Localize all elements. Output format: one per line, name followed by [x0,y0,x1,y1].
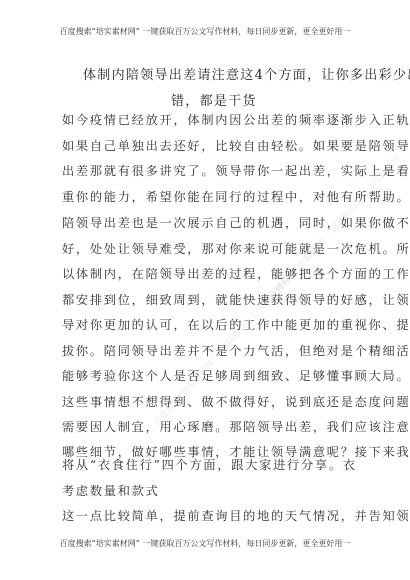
body-line: 好，处处让领导难受，那对你来说可能就是一次危机。所 [62,242,352,256]
document-title-line-2: 错，都是干货 [171,90,410,109]
footer-banner: 百度搜索“培实素材网” 一键获取百万公文写作材料，每日同步更新，更全更好用一 [0,538,410,549]
body-line: 导对你更加的认可，在以后的工作中能更加的重视你、提 [62,318,352,332]
body-line: 出差那就有很多讲究了。领导带你一起出差，实际上是看 [62,164,352,178]
body-line: 需要因人制宜，用心琢磨。那陪领导出差，我们应该注意 [62,420,352,434]
body-line: 能够考验你这个人是否足够周到细致、足够懂事顾大局。 [62,369,352,383]
body-line: 如果自己单独出去还好，比较自由轻松。如果要是陪领导 [62,139,352,153]
body-line: 以体制内，在陪领导出差的过程，能够把各个方面的工作 [62,267,352,281]
header-banner: 百度搜索“培实素材网” 一键获取百万公文写作材料，每日同步更新，更全更好用一 [0,26,410,37]
body-line: 将从“衣食住行”四个方面，跟大家进行分享。衣 [62,458,352,472]
body-line: 拔你。陪同领导出差并不是个力气活，但绝对是个精细活 [62,344,352,358]
body-line: 重你的能力，希望你能在同行的过程中，对他有所帮助。 [62,190,352,204]
body-line: 都安排到位，细致周到，就能快速获得领导的好感，让领 [62,293,352,307]
document-title-line-1: 体制内陪领导出差请注意这4个方面，让你多出彩少出 [83,64,369,83]
body-line: 如今疫情已经放开，体制内因公出差的频率逐渐步入正轨 [62,113,352,127]
body-line: 这一点比较简单，提前查询目的地的天气情况，并告知领 [62,509,352,523]
body-line: 这些事情想不想得到、做不做得好，说到底还是态度问题 [62,395,352,409]
section-heading: 考虑数量和款式 [62,484,352,498]
body-line: 哪些细节，做好哪些事情，才能让领导满意呢？接下来我 [62,445,352,459]
body-line: 陪领导出差也是一次展示自己的机遇，同时，如果你做不 [62,216,352,230]
